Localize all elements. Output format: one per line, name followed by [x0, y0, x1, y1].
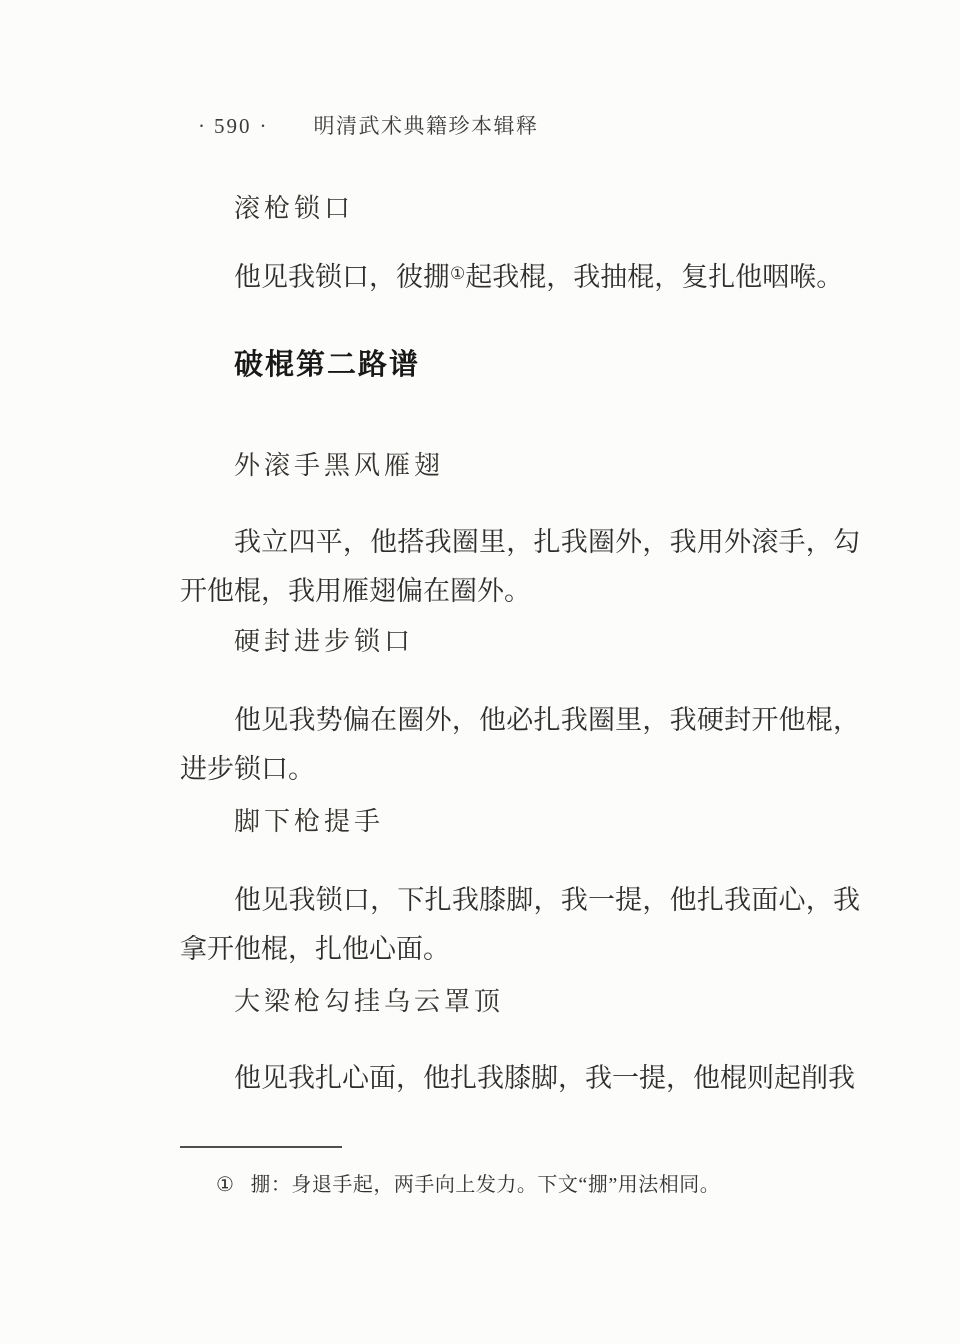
paragraph-5: 他见我扎心面，他扎我膝脚，我一提，他棍则起削我 [180, 1054, 860, 1103]
page-header: ·590·明清武术典籍珍本辑释 [190, 113, 860, 139]
paragraph-1-text-before: 他见我锁口，彼掤 [234, 262, 450, 292]
paragraph-3: 他见我势偏在圈外，他必扎我圈里，我硬封开他棍，进步锁口。 [180, 696, 860, 794]
page-number-dot-right: · [252, 114, 276, 138]
paragraph-1-text-after: 起我棍，我抽棍，复扎他咽喉。 [465, 262, 843, 292]
book-title: 明清武术典籍珍本辑释 [314, 114, 539, 138]
subheading-4: 脚下枪提手 [180, 806, 860, 838]
page-number: 590 [214, 114, 252, 138]
footnote-ref-marker: ① [450, 264, 465, 283]
page-number-dot-left: · [190, 114, 214, 138]
paragraph-2: 我立四平，他搭我圈里，扎我圈外，我用外滚手，勾开他棍，我用雁翅偏在圈外。 [180, 518, 860, 616]
book-page: ·590·明清武术典籍珍本辑释 滚枪锁口 他见我锁口，彼掤①起我棍，我抽棍，复扎… [0, 0, 960, 1344]
subheading-5: 大梁枪勾挂乌云罩顶 [180, 986, 860, 1018]
chapter-heading: 破棍第二路谱 [180, 346, 860, 384]
page-content: ·590·明清武术典籍珍本辑释 滚枪锁口 他见我锁口，彼掤①起我棍，我抽棍，复扎… [180, 113, 860, 1103]
footnote: ①掤：身退手起，两手向上发力。下文“掤”用法相同。 [180, 1170, 860, 1200]
subheading-1: 滚枪锁口 [180, 193, 860, 225]
paragraph-4: 他见我锁口，下扎我膝脚，我一提，他扎我面心，我拿开他棍，扎他心面。 [180, 876, 860, 974]
subheading-3: 硬封进步锁口 [180, 626, 860, 658]
footnote-separator [180, 1146, 342, 1148]
footnote-area: ①掤：身退手起，两手向上发力。下文“掤”用法相同。 [180, 1146, 860, 1200]
paragraph-1: 他见我锁口，彼掤①起我棍，我抽棍，复扎他咽喉。 [180, 253, 860, 302]
footnote-text: 掤：身退手起，两手向上发力。下文“掤”用法相同。 [250, 1174, 720, 1196]
footnote-number: ① [216, 1174, 234, 1196]
subheading-2: 外滚手黑风雁翅 [180, 450, 860, 482]
page-number-group: ·590· [190, 114, 276, 138]
